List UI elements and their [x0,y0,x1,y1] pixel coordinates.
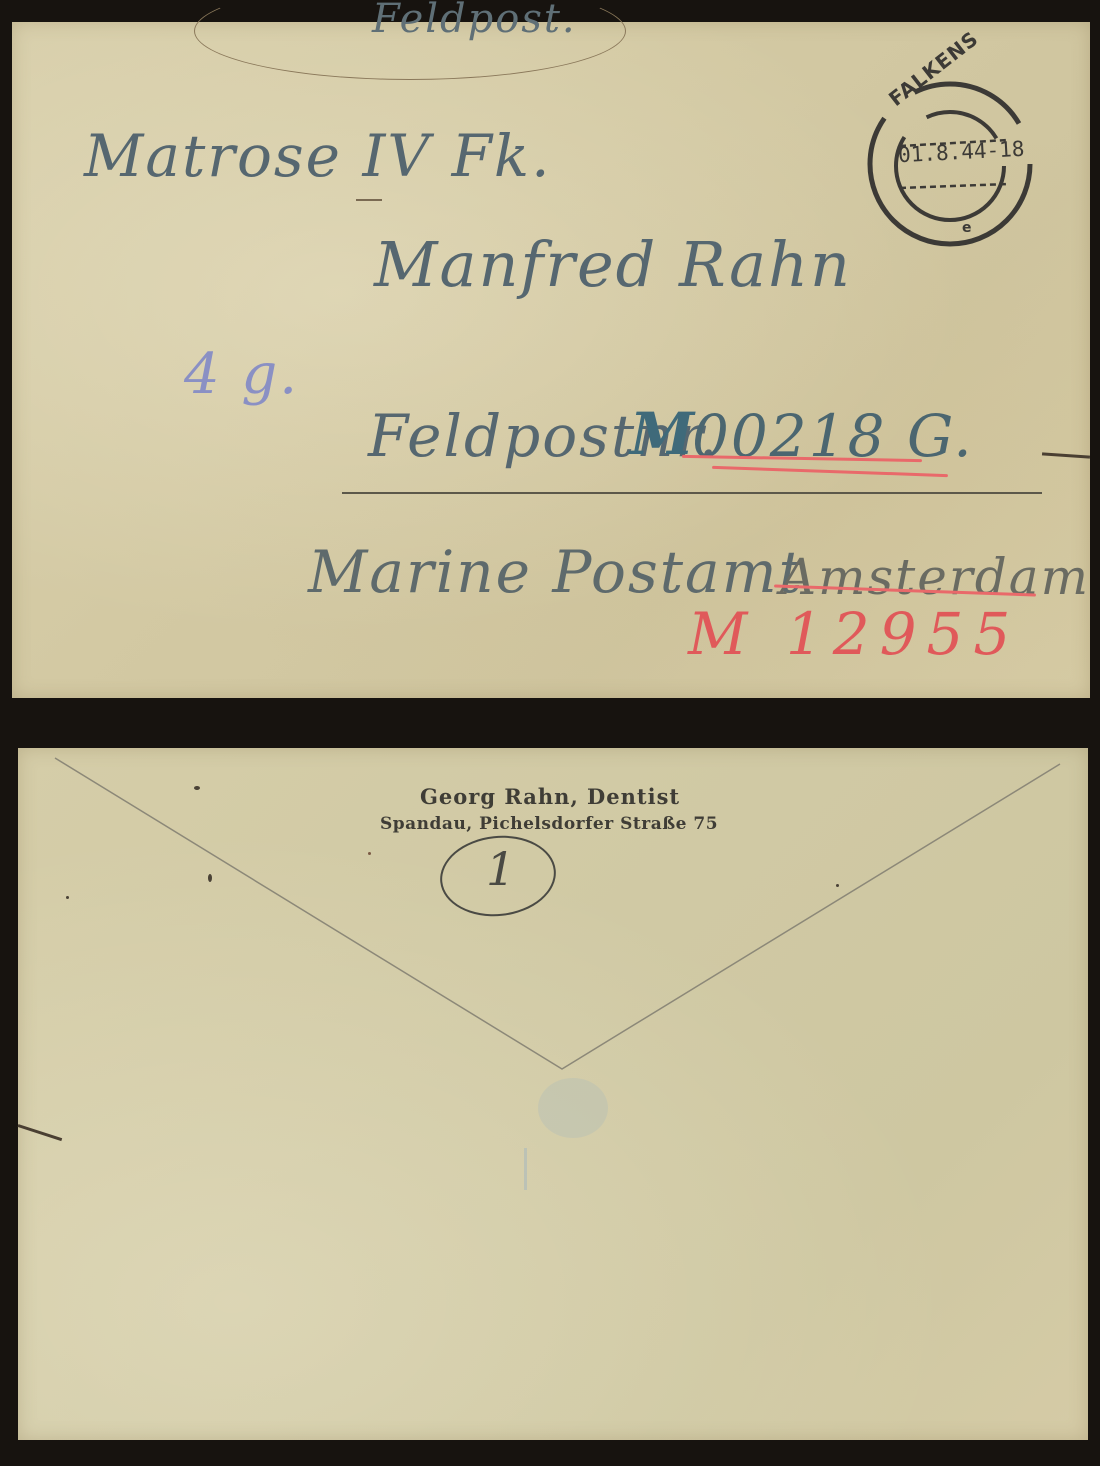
paper-speck [208,874,212,882]
paper-speck [194,786,200,790]
sender-name: Georg Rahn, Dentist [420,784,680,809]
feldpost-underline [342,492,1042,494]
feldpost-header-text: Feldpost. [372,0,577,42]
postamt-correction: M 12955 [688,600,1020,668]
paper-speck [66,896,69,899]
postamt-label: Marine Postamt [308,538,804,606]
paper-speck [836,884,839,887]
pencil-weight-note: 4 g. [184,342,299,407]
postamt-place-struck: Amsterdam [780,548,1090,606]
envelope-back: Georg Rahn, Dentist Spandau, Pichelsdorf… [18,748,1088,1440]
paper-speck [368,852,371,855]
sender-address: Spandau, Pichelsdorfer Straße 75 [380,814,718,834]
recipient-rank: Matrose IV Fk. [84,122,552,190]
paper-tear-right [1042,452,1090,458]
faint-blue-mark [538,1078,608,1138]
rank-underline [356,199,382,201]
circled-number: 1 [486,842,517,896]
postmark-code: e [962,220,972,236]
envelope-front: Feldpost. FALKENS 01.8.44-18 e Matrose I… [12,22,1090,698]
faint-blue-stroke [524,1148,527,1190]
recipient-name: Manfred Rahn [374,228,852,301]
